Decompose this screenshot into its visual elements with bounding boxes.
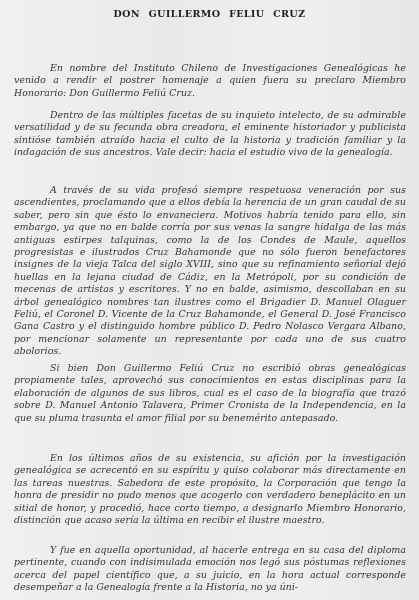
paragraph-3: A través de su vida profesó siempre resp… xyxy=(14,185,406,359)
paragraph-4: Si bien Don Guillermo Feliú Cruz no escr… xyxy=(14,363,406,425)
paragraph-1: En nombre del Instituto Chileno de Inves… xyxy=(14,63,406,100)
paragraph-2: Dentro de las múltiples facetas de su in… xyxy=(14,110,406,160)
paragraph-5: En los últimos años de su existencia, su… xyxy=(14,453,406,527)
paragraph-6: Y fue en aquella oportunidad, al hacerle… xyxy=(14,545,406,595)
document-page: DON GUILLERMO FELIU CRUZ En nombre del I… xyxy=(0,0,419,600)
document-title: DON GUILLERMO FELIU CRUZ xyxy=(0,9,419,20)
